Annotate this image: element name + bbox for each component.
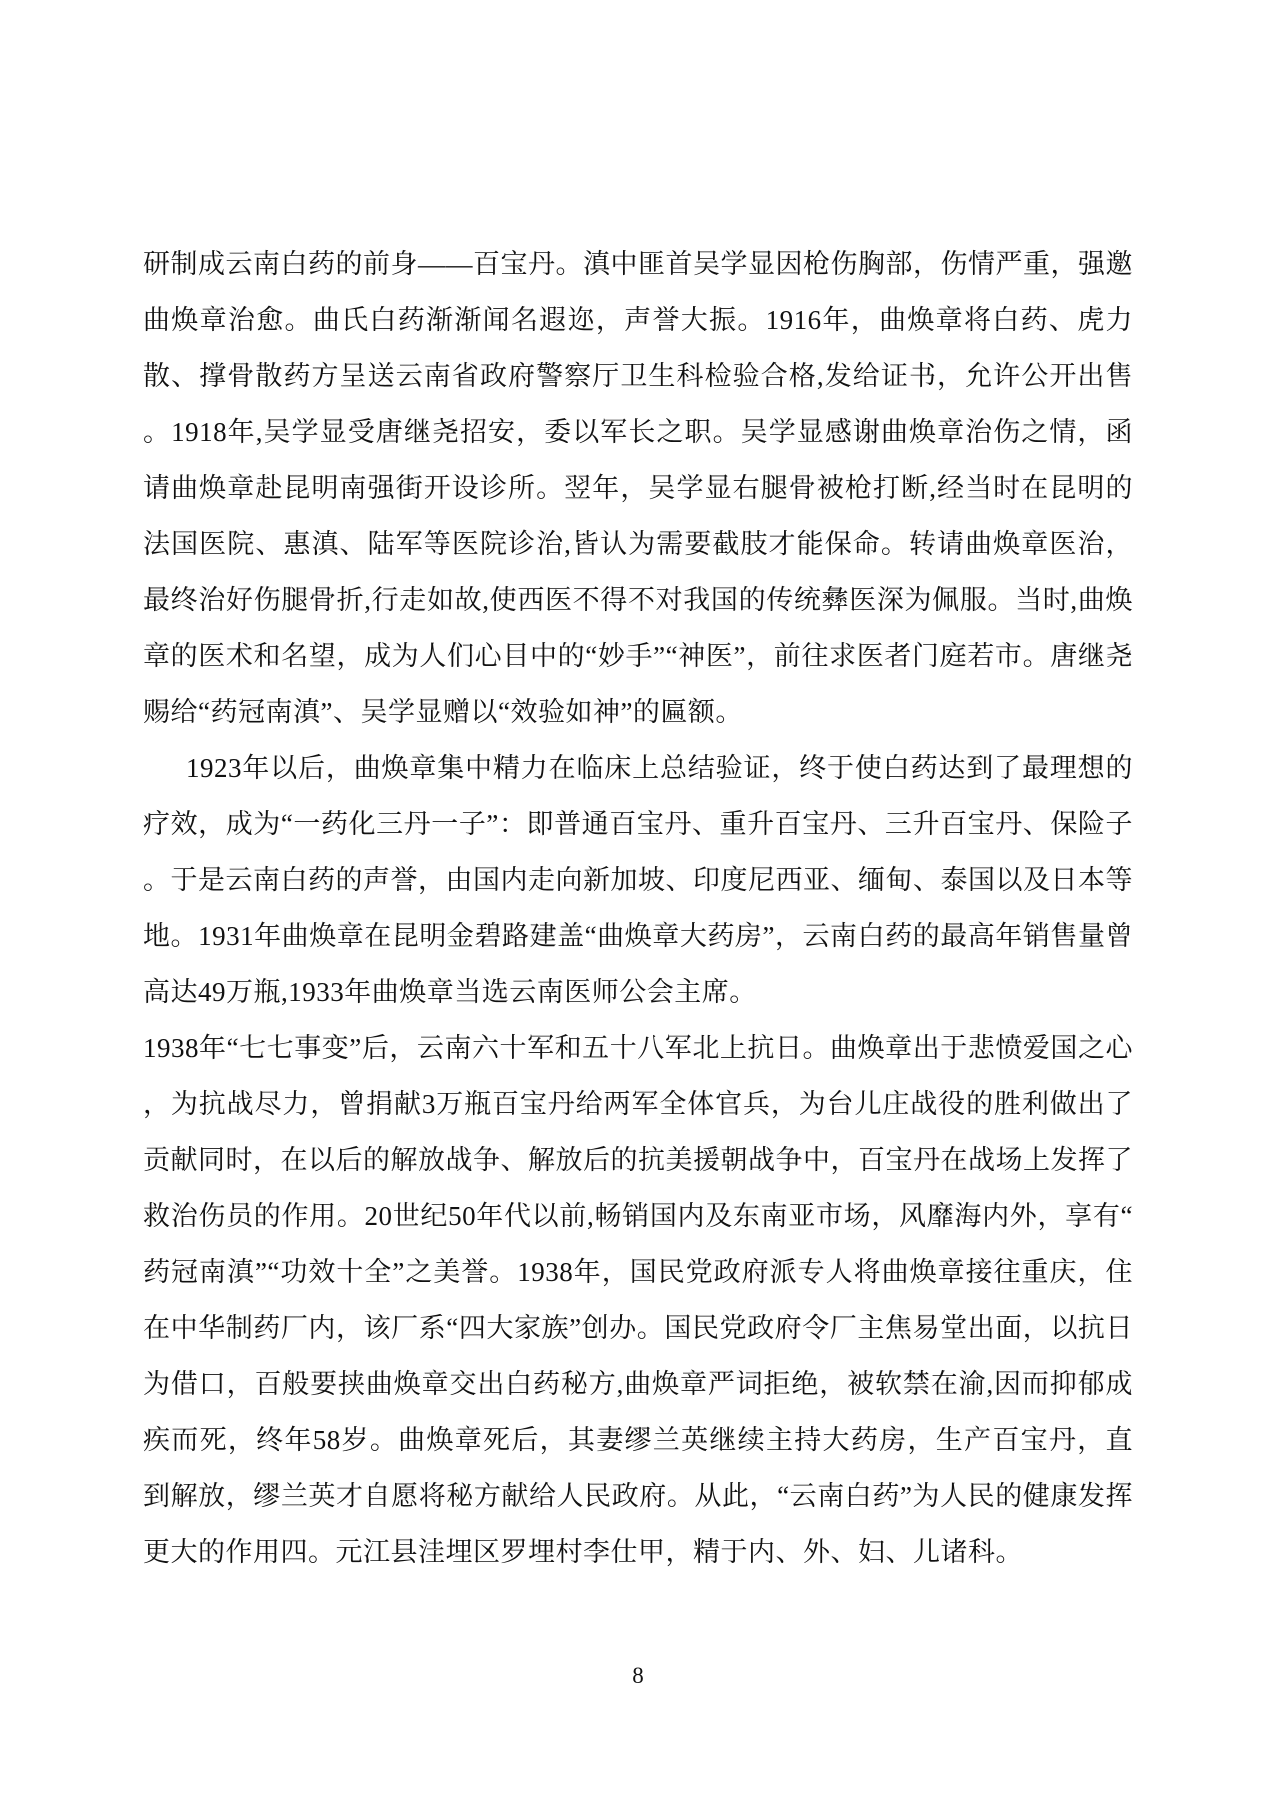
- document-body: 研制成云南白药的前身——百宝丹。滇中匪首吴学显因枪伤胸部，伤情严重，强邀曲焕章治…: [143, 236, 1133, 1580]
- paragraph-1923-refinement: 1923年以后，曲焕章集中精力在临床上总结验证，终于使白药达到了最理想的疗效，成…: [143, 740, 1133, 1020]
- page-number: 8: [143, 1662, 1133, 1690]
- paragraph-baibaodan-history: 研制成云南白药的前身——百宝丹。滇中匪首吴学显因枪伤胸部，伤情严重，强邀曲焕章治…: [143, 236, 1133, 740]
- document-page: 研制成云南白药的前身——百宝丹。滇中匪首吴学显因枪伤胸部，伤情严重，强邀曲焕章治…: [0, 0, 1274, 1801]
- paragraph-1938-wartime: 1938年“七七事变”后，云南六十军和五十八军北上抗日。曲焕章出于悲愤爱国之心，…: [143, 1020, 1133, 1580]
